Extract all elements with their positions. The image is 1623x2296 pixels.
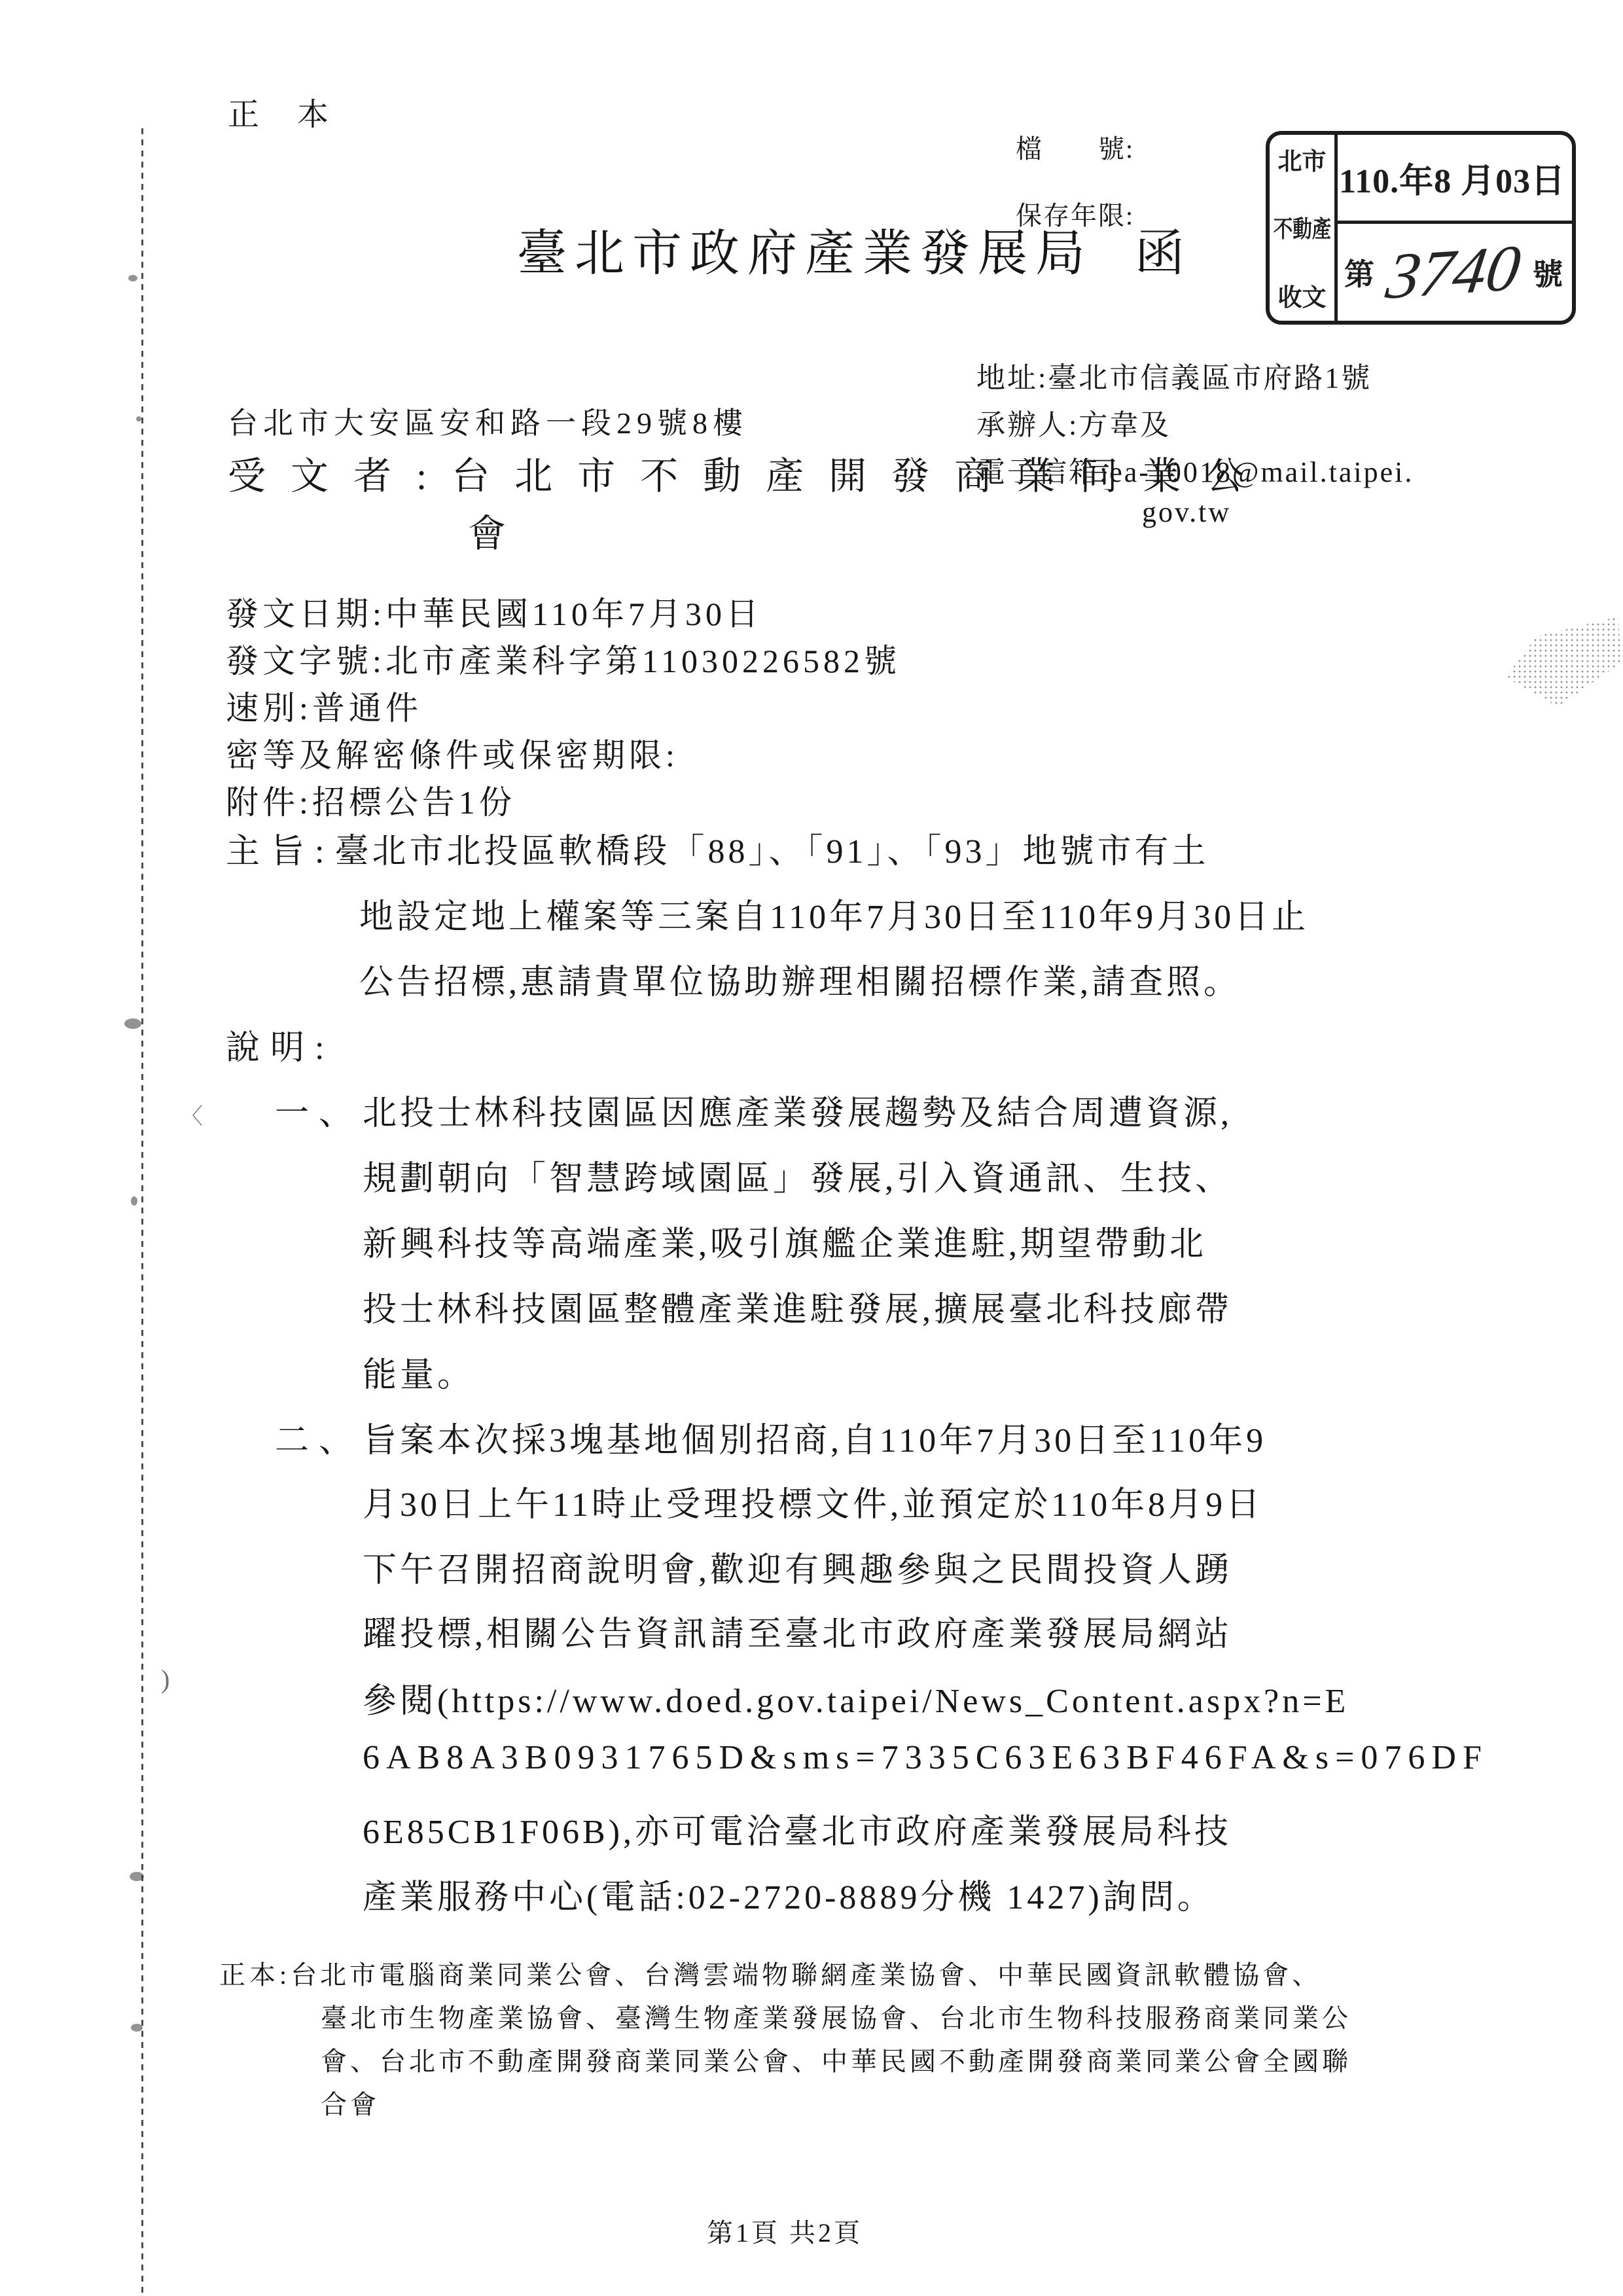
cc-line: 臺北市生物產業協會、臺灣生物產業發展協會、台北市生物科技服務商業同業公 — [321, 1998, 1351, 2035]
stamp-number-suffix: 號 — [1533, 251, 1563, 294]
stamp-org-line: 不動產 — [1273, 211, 1331, 244]
cc-label: 正本: — [219, 1960, 291, 1990]
subject-line: 地設定地上權案等三案自110年7月30日至110年9月30日止 — [359, 889, 1309, 938]
stamp-org-line: 北市 — [1278, 141, 1327, 177]
stamp-number-prefix: 第 — [1344, 251, 1374, 294]
item-line: 月30日上午11時止受理投標文件,並預定於110年8月9日 — [363, 1477, 1263, 1526]
scanned-official-letter-page: 〈 ) 正本 檔 號: 保存年限: 臺北市政府產業發展局函 北市 不動產 收文 … — [0, 0, 1623, 2296]
explanation-label-row: 說明: — [226, 1020, 334, 1069]
issuing-agency-name: 臺北市政府產業發展局 — [517, 226, 1093, 281]
sender-email-line1: 電子信箱:ea-10018@mail.taipei. — [976, 448, 1414, 490]
stamp-received-number-row: 第 3740 號 — [1338, 224, 1572, 321]
scan-noise-mark — [124, 1018, 141, 1029]
sender-address: 地址:臺北市信義區市府路1號 — [976, 354, 1372, 396]
item-line: 躍投標,相關公告資訊請至臺北市政府產業發展局網站 — [363, 1606, 1232, 1655]
issue-date-line: 發文日期:中華民國110年7月30日 — [226, 588, 762, 635]
attachment-line: 附件:招標公告1份 — [226, 776, 516, 823]
copy-type-label: 正本 — [228, 89, 366, 134]
sender-contact-person: 承辦人:方韋及 — [976, 401, 1171, 443]
item-line: 能量。 — [363, 1347, 474, 1396]
scan-speckle-patch — [1480, 617, 1621, 726]
item-line-url: 參閱(https://www.doed.gov.taipei/News_Cont… — [363, 1673, 1349, 1722]
explanation-item-row: 二、旨案本次採3塊基地個別招商,自110年7月30日至110年9 — [275, 1412, 1266, 1462]
priority-line: 速別:普通件 — [226, 682, 422, 729]
recipient-line-wrap: 會 — [468, 503, 506, 558]
item-line: 下午召開招商說明會,歡迎有興趣參與之民間投資人踴 — [363, 1542, 1232, 1591]
item-number: 一、 — [275, 1095, 363, 1132]
security-line: 密等及解密條件或保密期限: — [226, 729, 679, 776]
item-line: 產業服務中心(電話:02-2720-8889分機 1427)詢問。 — [363, 1869, 1215, 1918]
scan-noise-mark: ) — [161, 1664, 169, 1695]
receipt-stamp: 北市 不動產 收文 110.年8 月03日 第 3740 號 — [1266, 131, 1576, 325]
document-title: 臺北市政府產業發展局函 — [517, 213, 1185, 285]
item-number: 二、 — [275, 1422, 363, 1460]
item-line: 北投士林科技園區因應產業發展趨勢及結合周遭資源, — [363, 1095, 1232, 1132]
cc-line: 台北市電腦商業同業公會、台灣雲端物聯網產業協會、中華民國資訊軟體協會、 — [291, 1960, 1321, 1990]
subject-row: 主旨:臺北市北投區軟橋段「88」、「91」、「93」地號市有土 — [226, 823, 1209, 872]
item-line: 規劃朝向「智慧跨域園區」發展,引入資通訊、生技、 — [363, 1151, 1232, 1200]
scan-noise-mark — [130, 1872, 144, 1881]
subject-line: 公告招標,惠請貴單位協助辦理相關招標作業,請查照。 — [359, 954, 1241, 1003]
item-line: 6E85CB1F06B),亦可電洽臺北市政府產業發展局科技 — [363, 1804, 1232, 1853]
sender-email-line2: gov.tw — [1142, 495, 1231, 529]
stamp-received-label: 收文 — [1278, 278, 1327, 313]
file-number-label: 檔 號: — [1016, 128, 1134, 166]
explanation-label: 說明: — [226, 1030, 334, 1067]
left-margin-dashed-line — [141, 128, 143, 2295]
scan-noise-mark — [131, 2024, 143, 2032]
stamp-received-date: 110.年8 月03日 — [1338, 135, 1572, 224]
document-type-label: 函 — [1135, 226, 1185, 281]
explanation-item-row: 一、北投士林科技園區因應產業發展趨勢及結合周遭資源, — [275, 1085, 1232, 1134]
item-line: 新興科技等高端產業,吸引旗艦企業進駐,期望帶動北 — [363, 1216, 1207, 1265]
scan-noise-mark: 〈 — [181, 1098, 203, 1130]
cc-line: 合會 — [321, 2084, 380, 2121]
subject-label: 主旨: — [226, 833, 334, 870]
item-line-url: 6AB8A3B0931765D&sms=7335C63E63BF46FA&s=0… — [363, 1738, 1488, 1777]
subject-line: 臺北市北投區軟橋段「88」、「91」、「93」地號市有土 — [334, 833, 1209, 870]
stamp-handwritten-number: 3740 — [1368, 234, 1538, 311]
cc-line: 會、台北市不動產開發商業同業公會、中華民國不動產開發商業同業公會全國聯 — [321, 2041, 1351, 2078]
issue-number-line: 發文字號:北市產業科字第11030226582號 — [226, 635, 901, 682]
item-line: 旨案本次採3塊基地個別招商,自110年7月30日至110年9 — [363, 1422, 1266, 1460]
receipt-stamp-side-column: 北市 不動產 收文 — [1270, 135, 1338, 321]
scan-noise-mark — [128, 275, 137, 281]
scan-noise-mark — [136, 416, 141, 422]
item-line: 投士林科技園區整體產業進駐發展,擴展臺北科技廊帶 — [363, 1282, 1232, 1331]
recipient-address: 台北市大安區安和路一段29號8樓 — [228, 399, 748, 442]
page-number: 第1頁 共2頁 — [707, 2212, 863, 2250]
scan-noise-mark — [131, 1196, 137, 1206]
receipt-stamp-main: 110.年8 月03日 第 3740 號 — [1338, 135, 1572, 321]
cc-row: 正本:台北市電腦商業同業公會、台灣雲端物聯網產業協會、中華民國資訊軟體協會、 — [219, 1954, 1321, 1992]
